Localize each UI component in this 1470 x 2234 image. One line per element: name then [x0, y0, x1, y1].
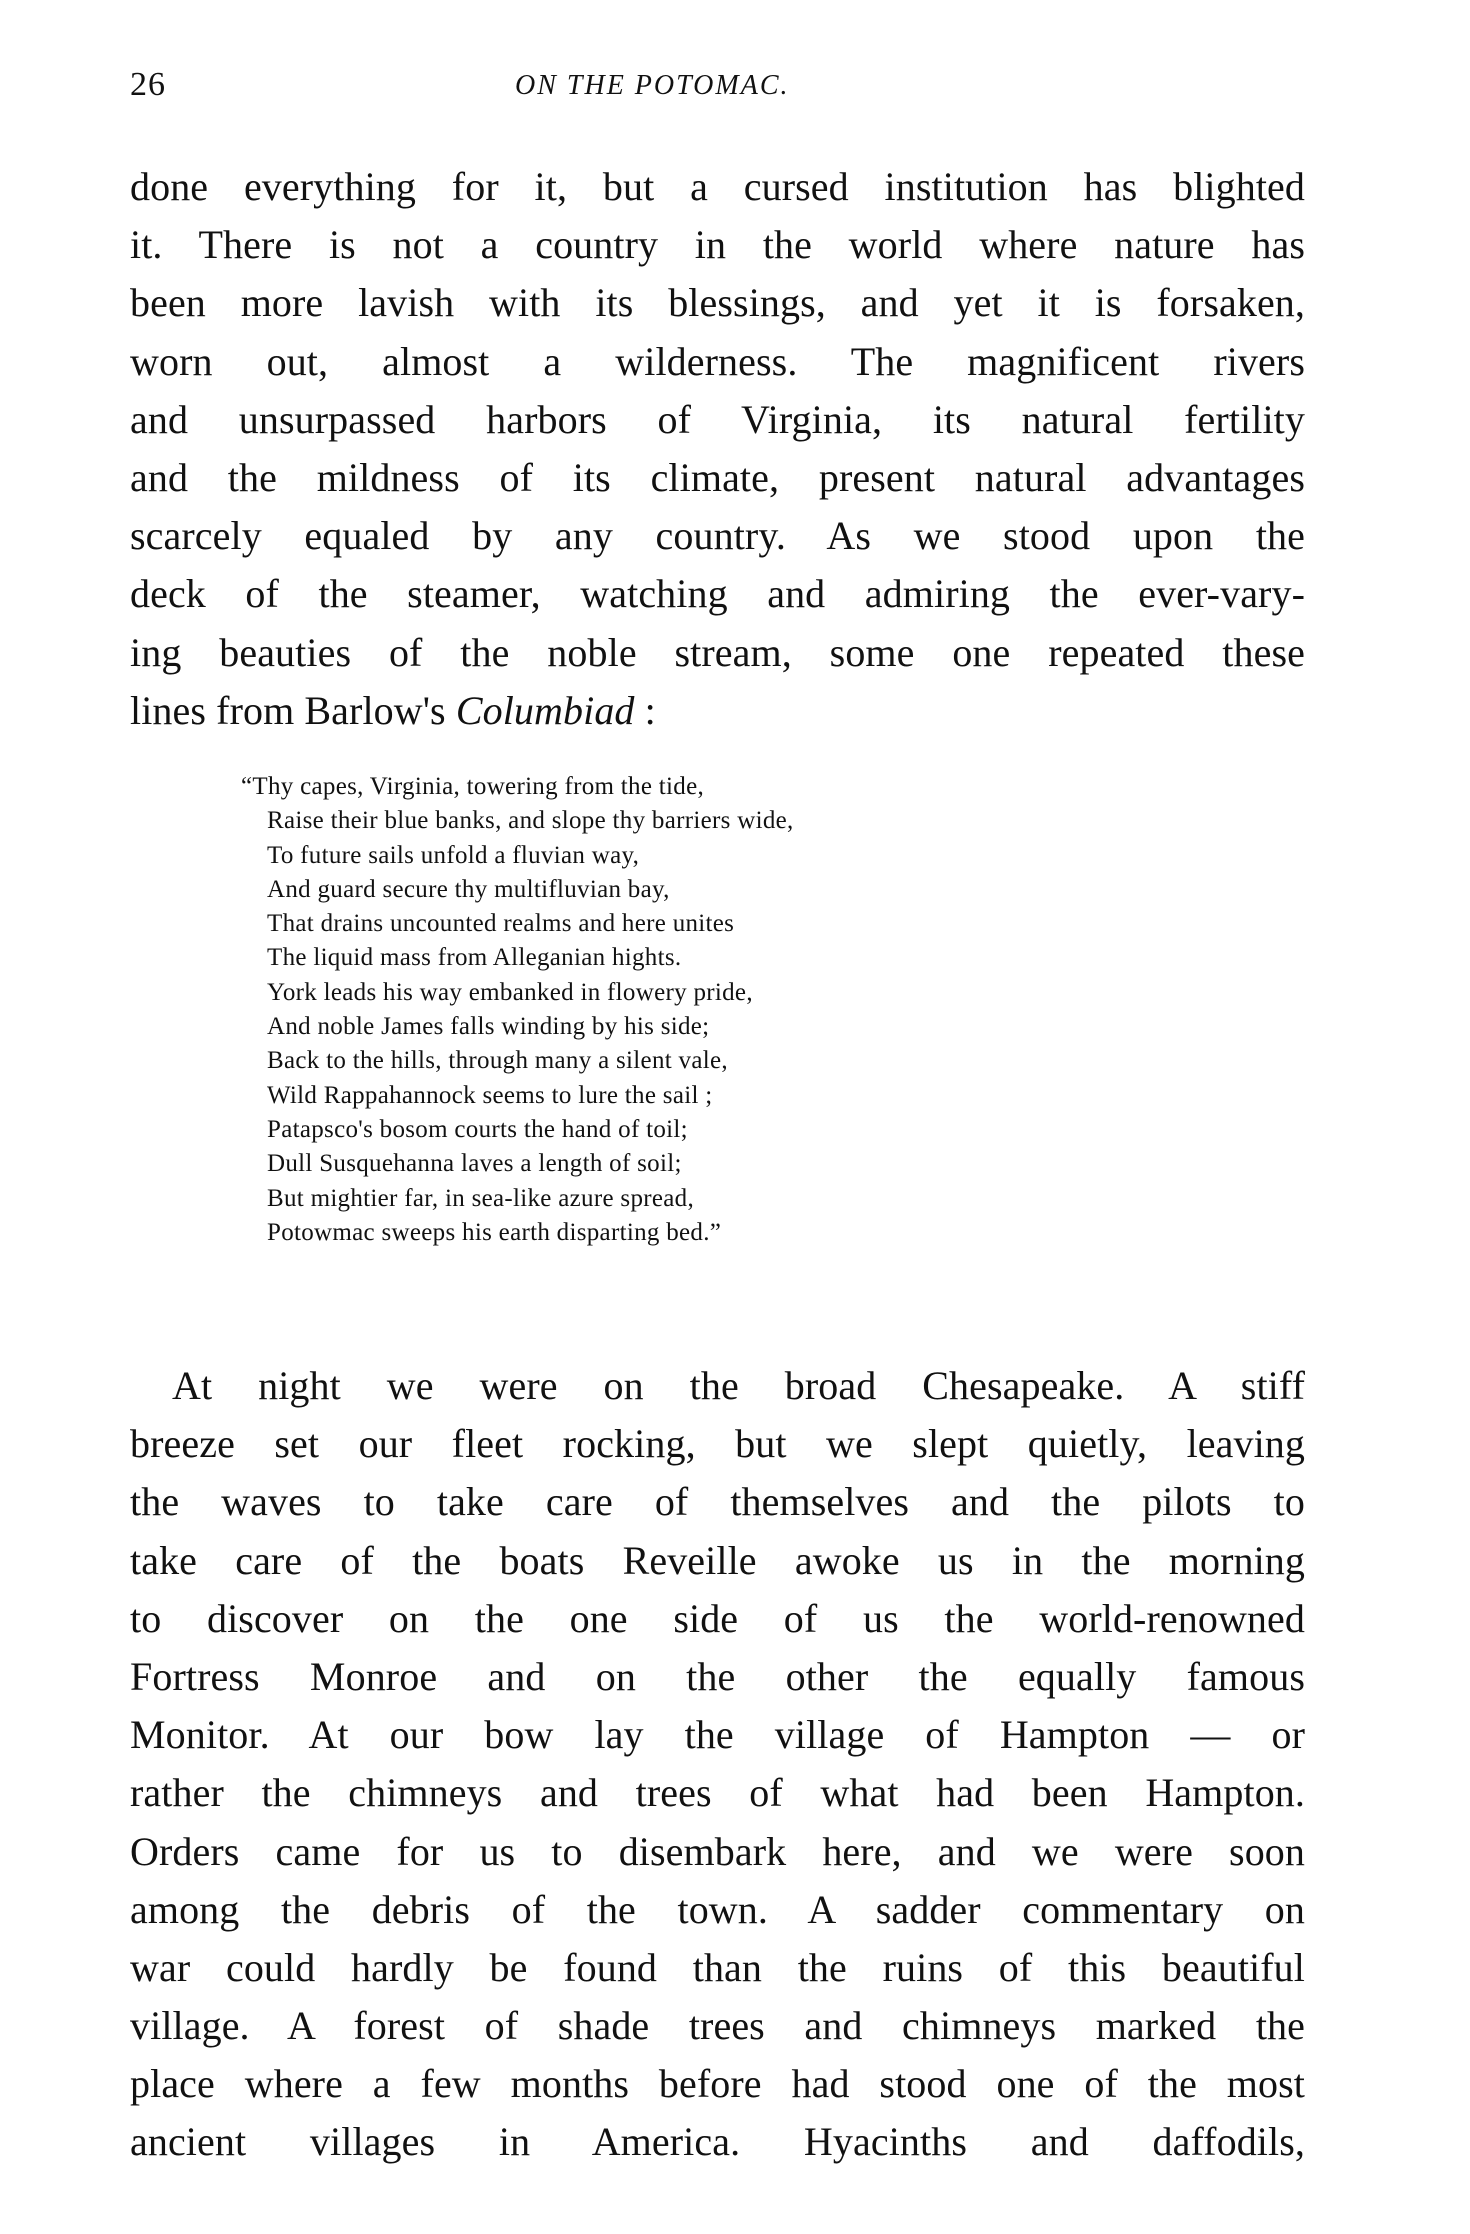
paragraph-2: At night we were on the broad Chesapeake… [130, 1357, 1305, 2172]
poem-line: Back to the hills, through many a silent… [267, 1044, 1167, 1078]
text-line: Fortress Monroe and on the other the equ… [130, 1648, 1305, 1706]
text-line: breeze set our fleet rocking, but we sle… [130, 1415, 1305, 1473]
citation-prefix: lines from Barlow's [130, 688, 456, 733]
text-line: ing beauties of the noble stream, some o… [130, 624, 1305, 682]
text-line: the waves to take care of themselves and… [130, 1473, 1305, 1531]
poem-line: And guard secure thy multifluvian bay, [267, 873, 1167, 907]
text-line: among the debris of the town. A sadder c… [130, 1881, 1305, 1939]
poem-line: Potowmac sweeps his earth disparting bed… [267, 1216, 1167, 1250]
text-line: scarcely equaled by any country. As we s… [130, 507, 1305, 565]
text-line: and unsurpassed harbors of Virginia, its… [130, 391, 1305, 449]
citation-suffix: : [635, 688, 656, 733]
poem-line: That drains uncounted realms and here un… [267, 907, 1167, 941]
text-line: it. There is not a country in the world … [130, 216, 1305, 274]
poem-line: But mightier far, in sea-like azure spre… [267, 1182, 1167, 1216]
text-line: to discover on the one side of us the wo… [130, 1590, 1305, 1648]
page-number: 26 [130, 66, 166, 104]
text-line: been more lavish with its blessings, and… [130, 274, 1305, 332]
text-line: ancient villages in America. Hyacinths a… [130, 2113, 1305, 2171]
text-line: Orders came for us to disembark here, an… [130, 1823, 1305, 1881]
text-line: done everything for it, but a cursed ins… [130, 158, 1305, 216]
text-line: At night we were on the broad Chesapeake… [130, 1357, 1305, 1415]
text-line: war could hardly be found than the ruins… [130, 1939, 1305, 1997]
poem-line: Wild Rappahannock seems to lure the sail… [267, 1079, 1167, 1113]
poem-line: “Thy capes, Virginia, towering from the … [241, 770, 1167, 804]
poem-quotation: “Thy capes, Virginia, towering from the … [267, 770, 1167, 1250]
running-title: ON THE POTOMAC. [515, 70, 790, 102]
book-title-columbiad: Columbiad [456, 688, 635, 733]
poem-line: Patapsco's bosom courts the hand of toil… [267, 1113, 1167, 1147]
text-line-citation: lines from Barlow's Columbiad : [130, 682, 1305, 740]
page-header: 26 ON THE POTOMAC. [130, 66, 1305, 106]
poem-line: The liquid mass from Alleganian hights. [267, 941, 1167, 975]
paragraph-1: done everything for it, but a cursed ins… [130, 158, 1305, 740]
poem-line: Raise their blue banks, and slope thy ba… [267, 804, 1167, 838]
poem-line: York leads his way embanked in flowery p… [267, 976, 1167, 1010]
book-page: 26 ON THE POTOMAC. done everything for i… [0, 0, 1470, 2234]
text-line: deck of the steamer, watching and admiri… [130, 565, 1305, 623]
text-line: place where a few months before had stoo… [130, 2055, 1305, 2113]
text-line: village. A forest of shade trees and chi… [130, 1997, 1305, 2055]
text-line: Monitor. At our bow lay the village of H… [130, 1706, 1305, 1764]
text-line: take care of the boats Reveille awoke us… [130, 1532, 1305, 1590]
poem-line: To future sails unfold a fluvian way, [267, 839, 1167, 873]
text-line: worn out, almost a wilderness. The magni… [130, 333, 1305, 391]
poem-line: And noble James falls winding by his sid… [267, 1010, 1167, 1044]
text-line: rather the chimneys and trees of what ha… [130, 1764, 1305, 1822]
poem-line: Dull Susquehanna laves a length of soil; [267, 1147, 1167, 1181]
text-line: and the mildness of its climate, present… [130, 449, 1305, 507]
